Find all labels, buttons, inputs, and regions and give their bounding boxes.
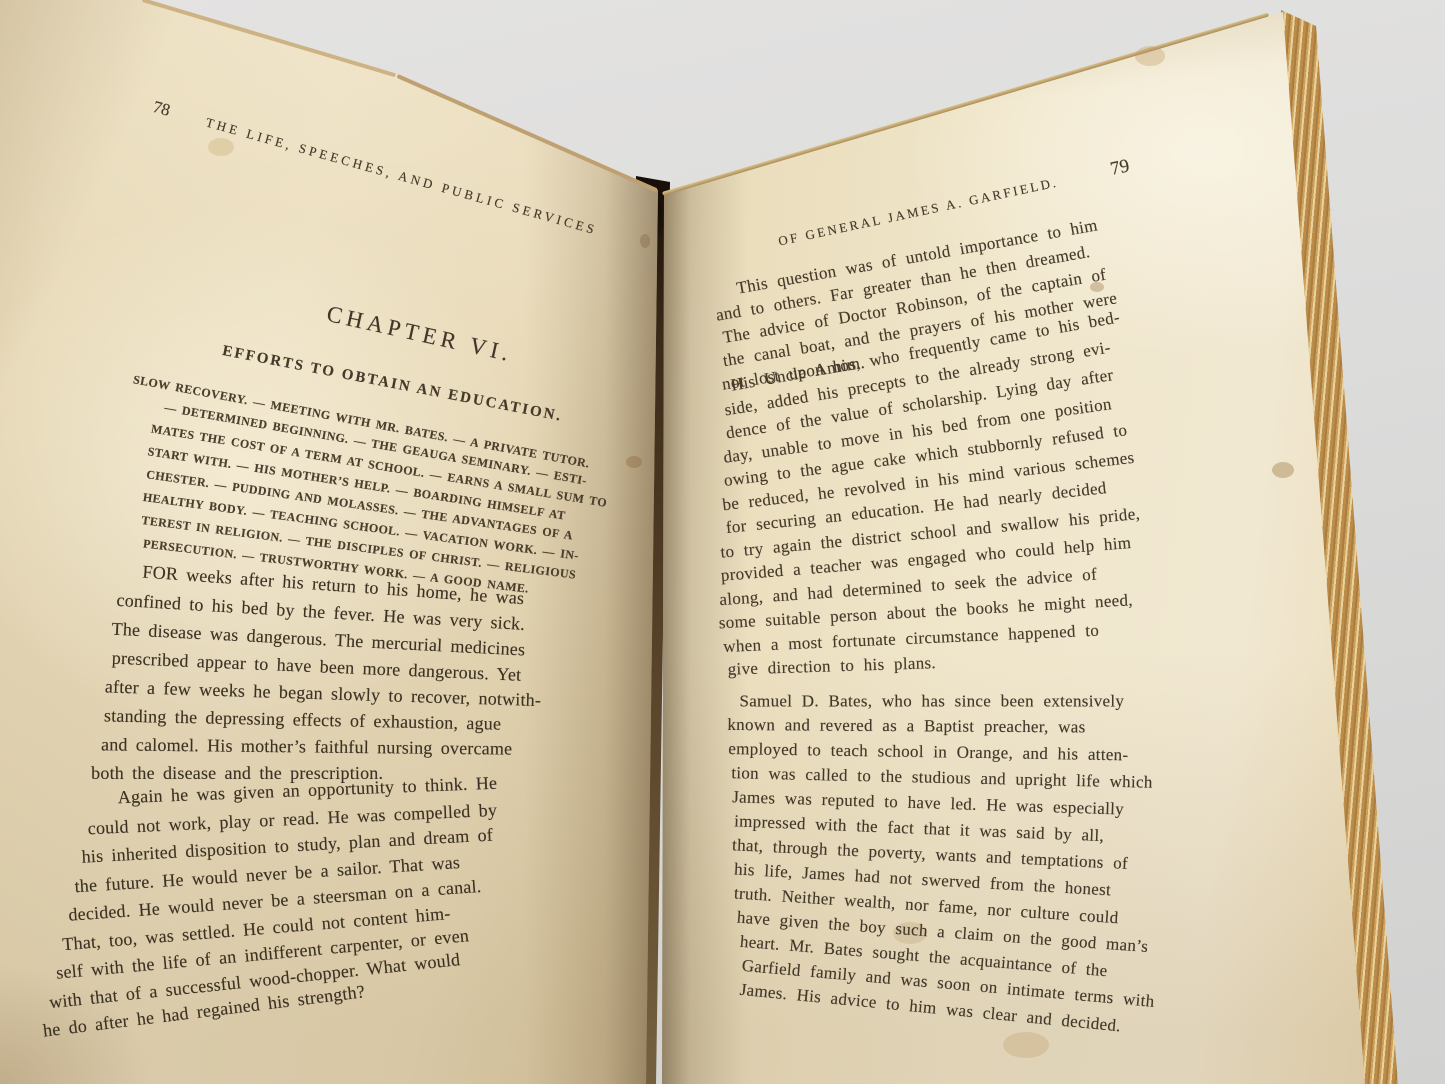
foxing-spot <box>1272 462 1294 478</box>
left-paragraph-2: Again he was given an opportunity to thi… <box>46 758 513 1044</box>
foxing-spot <box>640 234 650 248</box>
foxing-spot <box>1003 1032 1049 1058</box>
foxing-spot <box>1135 46 1165 66</box>
page-number-79: 79 <box>1108 155 1131 180</box>
foxing-spot <box>626 456 642 468</box>
book-photo: 78 THE LIFE, SPEECHES, AND PUBLIC SERVIC… <box>0 0 1445 1084</box>
foxing-spot <box>208 138 234 156</box>
right-paragraph-2: His Uncle Amos, who frequently came to h… <box>700 333 1154 681</box>
right-paragraph-3: Samuel D. Bates, who has since been exte… <box>692 688 1167 1020</box>
page-number-78: 78 <box>151 97 173 121</box>
text-line: known and revered as a Baptist preacher,… <box>727 713 1166 740</box>
text-line: Samuel D. Bates, who has since been exte… <box>739 689 1167 713</box>
